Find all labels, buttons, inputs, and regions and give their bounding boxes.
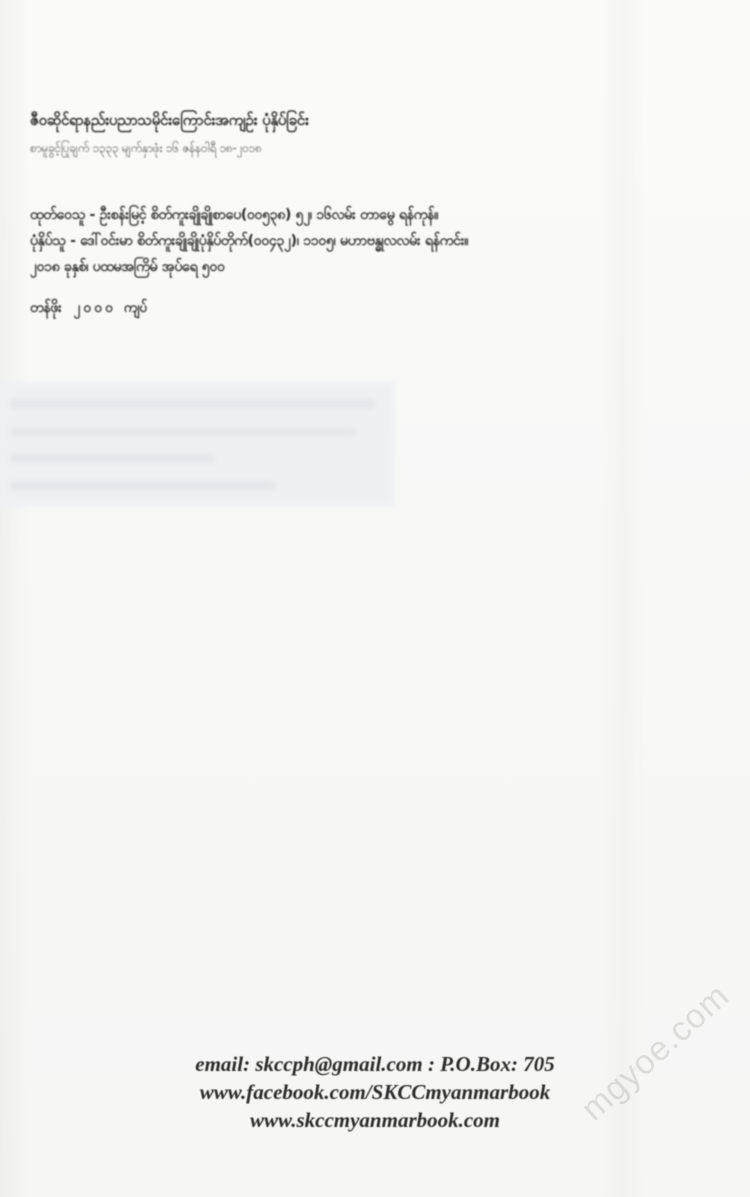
faded-bleedthrough-region <box>0 382 395 507</box>
ghost-text-line <box>10 454 215 462</box>
contact-block: email: skccph@gmail.com : P.O.Box: 705 w… <box>150 1050 600 1134</box>
website-link[interactable]: www.skccmyanmarbook.com <box>150 1106 600 1134</box>
edition-line: ၂၀၁၈ ခုနှစ်၊ ပထမအကြိမ် အုပ်ရေ ၅၀၀ <box>30 254 410 280</box>
price-line: တန်ဖိုး၂၀၀၀ ကျပ် <box>30 296 410 320</box>
facebook-link[interactable]: www.facebook.com/SKCCmyanmarbook <box>150 1078 600 1106</box>
ghost-text-line <box>10 482 275 490</box>
book-title: ဇီဝဆိုင်ရာနည်းပညာသမိုင်းကြောင်းအကျဉ်း ပု… <box>30 108 410 132</box>
printer-line: ထုတ်ဝေသူ - ဦးစန်းမြင့် စိတ်ကူးချိုချိုစာ… <box>30 202 410 228</box>
email-line: email: skccph@gmail.com : P.O.Box: 705 <box>150 1050 600 1078</box>
publisher-line: ပုံနှိပ်သူ - ဒေါ်ဝင်းမာ စိတ်ကူးချိုချိုပ… <box>30 228 410 254</box>
ghost-text-line <box>10 428 355 436</box>
ghost-text-line <box>10 400 375 408</box>
publication-details: ထုတ်ဝေသူ - ဦးစန်းမြင့် စိတ်ကူးချိုချိုစာ… <box>30 202 410 280</box>
price-label: တန်ဖိုး <box>30 300 62 316</box>
colophon-block: ဇီဝဆိုင်ရာနည်းပညာသမိုင်းကြောင်းအကျဉ်း ပု… <box>30 108 410 320</box>
registration-info: စာမူခွင့်ပြုချက် ၁၃၃၃ မျက်နှာဖုံး ၁၆ ဇန်… <box>30 136 410 160</box>
price-value: ၂၀၀၀ ကျပ် <box>74 300 151 316</box>
